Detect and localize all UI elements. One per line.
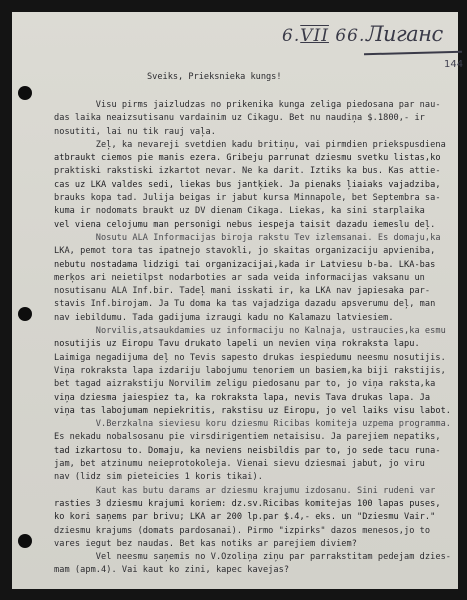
text-line: bet tagad aizrakstiju Norvilim zeligu pi… (54, 378, 454, 391)
handwritten-signature: Лиганс (366, 22, 443, 46)
punch-hole-top (18, 86, 32, 100)
text-line: Zeļ, ka nevareji svetdien kadu britiņu, … (54, 139, 454, 152)
text-line: merķos ari neietilpst nodarboties ar sad… (54, 272, 454, 285)
text-line: das laika neaizsutisanu vardainim uz Cik… (54, 112, 454, 125)
text-line: tad izkartosu to. Domaju, ka neviens nei… (54, 445, 454, 458)
text-line: Norvilis,atsaukdamies uz informaciju no … (54, 325, 454, 338)
text-line: nav (lidz sim pieteicies 1 koris tikai). (54, 471, 454, 484)
date-month: VII (300, 26, 329, 46)
text-line: dziesmu krajums (domats pardosanai). Pir… (54, 525, 454, 538)
text-line: kuma ir nodomats braukt uz DV dienam Cik… (54, 205, 454, 218)
punch-hole-bottom (18, 534, 32, 548)
page-number: 144 (444, 59, 463, 70)
text-line: V.Berzkalna sieviesu koru dziesmu Riciba… (54, 418, 454, 431)
text-line: vares iegut bez naudas. Bet kas notiks a… (54, 538, 454, 551)
signature-underline (364, 51, 462, 56)
text-line: praktiski rakstiski izkartot nevar. Ne k… (54, 165, 454, 178)
text-line: Vel neesmu saņemis no V.Ozoliņa ziņu par… (54, 551, 454, 564)
date-year: 66. (335, 26, 365, 46)
salutation: Sveiks, Prieksnieka kungs! (147, 72, 282, 82)
text-line: vel viena celojumu man personigi nebus i… (54, 219, 454, 232)
text-line: LKA, pemot tora tas ipatnejo stavokli, j… (54, 245, 454, 258)
text-line: nav iebildumu. Tada gadijuma izraugi kad… (54, 312, 454, 325)
text-line: stavis Inf.birojam. Ja Tu doma ka tas va… (54, 298, 454, 311)
text-line: brauks kopa tad. Julija beigas ir jabut … (54, 192, 454, 205)
text-line: cas uz LKA valdes sedi, liekas bus jantķ… (54, 179, 454, 192)
letter-body: Visu pirms jaizludzas no prikenika kunga… (54, 99, 454, 578)
letter-page: 6.VII 66. Лиганс 144 Sveiks, Prieksnieka… (12, 12, 458, 589)
text-line: Laimiga negadijuma deļ no Tevis sapesto … (54, 352, 454, 365)
text-line: viņa dziesma jaiespiez ta, ka rokraksta … (54, 392, 454, 405)
punch-hole-middle (18, 307, 32, 321)
text-line: nebutu nostadama lidzigi tai organizacij… (54, 259, 454, 272)
date-day: 6. (282, 26, 300, 46)
text-line: nosutisanu ALA Inf.bir. Tadeļ mani isska… (54, 285, 454, 298)
text-line: nosutiti, lai nu tik rauj vaļa. (54, 126, 454, 139)
text-line: Es nekadu nobalsosanu pie virsdirigentie… (54, 431, 454, 444)
handwritten-date: 6.VII 66. (282, 26, 365, 46)
text-line: viņa tas labojumam nepiekritis, rakstisu… (54, 405, 454, 418)
text-line: Kaut kas butu darams ar dziesmu krajumu … (54, 485, 454, 498)
text-line: atbraukt ciemos pie manis ezera. Gribeju… (54, 152, 454, 165)
scan-frame: 6.VII 66. Лиганс 144 Sveiks, Prieksnieka… (0, 0, 467, 600)
text-line: mam (apm.4). Vai kaut ko zini, kapec kav… (54, 564, 454, 577)
text-line: rasties 3 dziesmu krajumi koriem: dz.sv.… (54, 498, 454, 511)
text-line: Nosutu ALA Informacijas biroja rakstu Te… (54, 232, 454, 245)
text-line: nosutijis uz Eiropu Tavu drukato lapeli … (54, 338, 454, 351)
text-line: ko kori saņems par brivu; LKA ar 200 lp.… (54, 511, 454, 524)
text-line: Visu pirms jaizludzas no prikenika kunga… (54, 99, 454, 112)
text-line: jam, bet atzinumu neieprotokoleja. Viena… (54, 458, 454, 471)
text-line: Viņa rokraksta lapa izdariju labojumu te… (54, 365, 454, 378)
